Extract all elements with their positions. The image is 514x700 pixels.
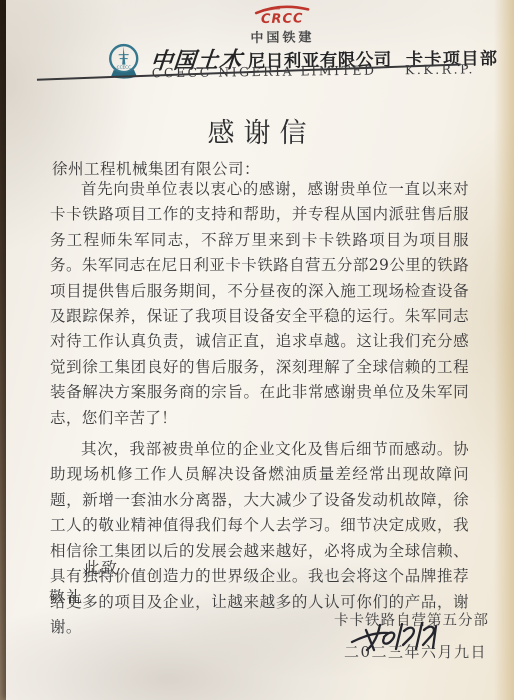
- paragraph-1: 首先向贵单位表以衷心的感谢，感谢贵单位一直以来对卡卡铁路项目工作的支持和帮助，并…: [50, 177, 469, 431]
- letter-photo: CRCC 中国铁建 CCECC 中国土木 尼日利亚有限公司 卡卡项目部 CCEC…: [0, 0, 514, 700]
- svg-text:CCECC: CCECC: [117, 65, 131, 70]
- crcc-logo-text: CRCC: [250, 11, 314, 27]
- closing-salute-cizhi: 此致: [84, 556, 119, 578]
- recipient-line: 徐州工程机械集团有限公司：: [52, 157, 260, 179]
- letter-title: 感谢信: [0, 111, 514, 150]
- closing-salute-jingli: 敬礼: [49, 585, 84, 607]
- letter-date: 二0二三年六月九日: [344, 641, 487, 662]
